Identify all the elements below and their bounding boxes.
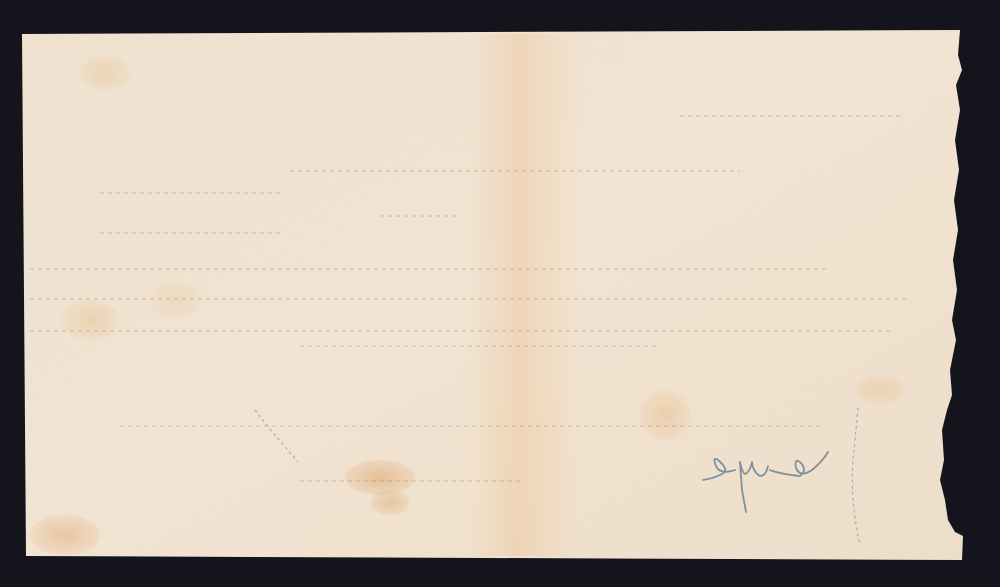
paper-sheet [0,0,1000,587]
